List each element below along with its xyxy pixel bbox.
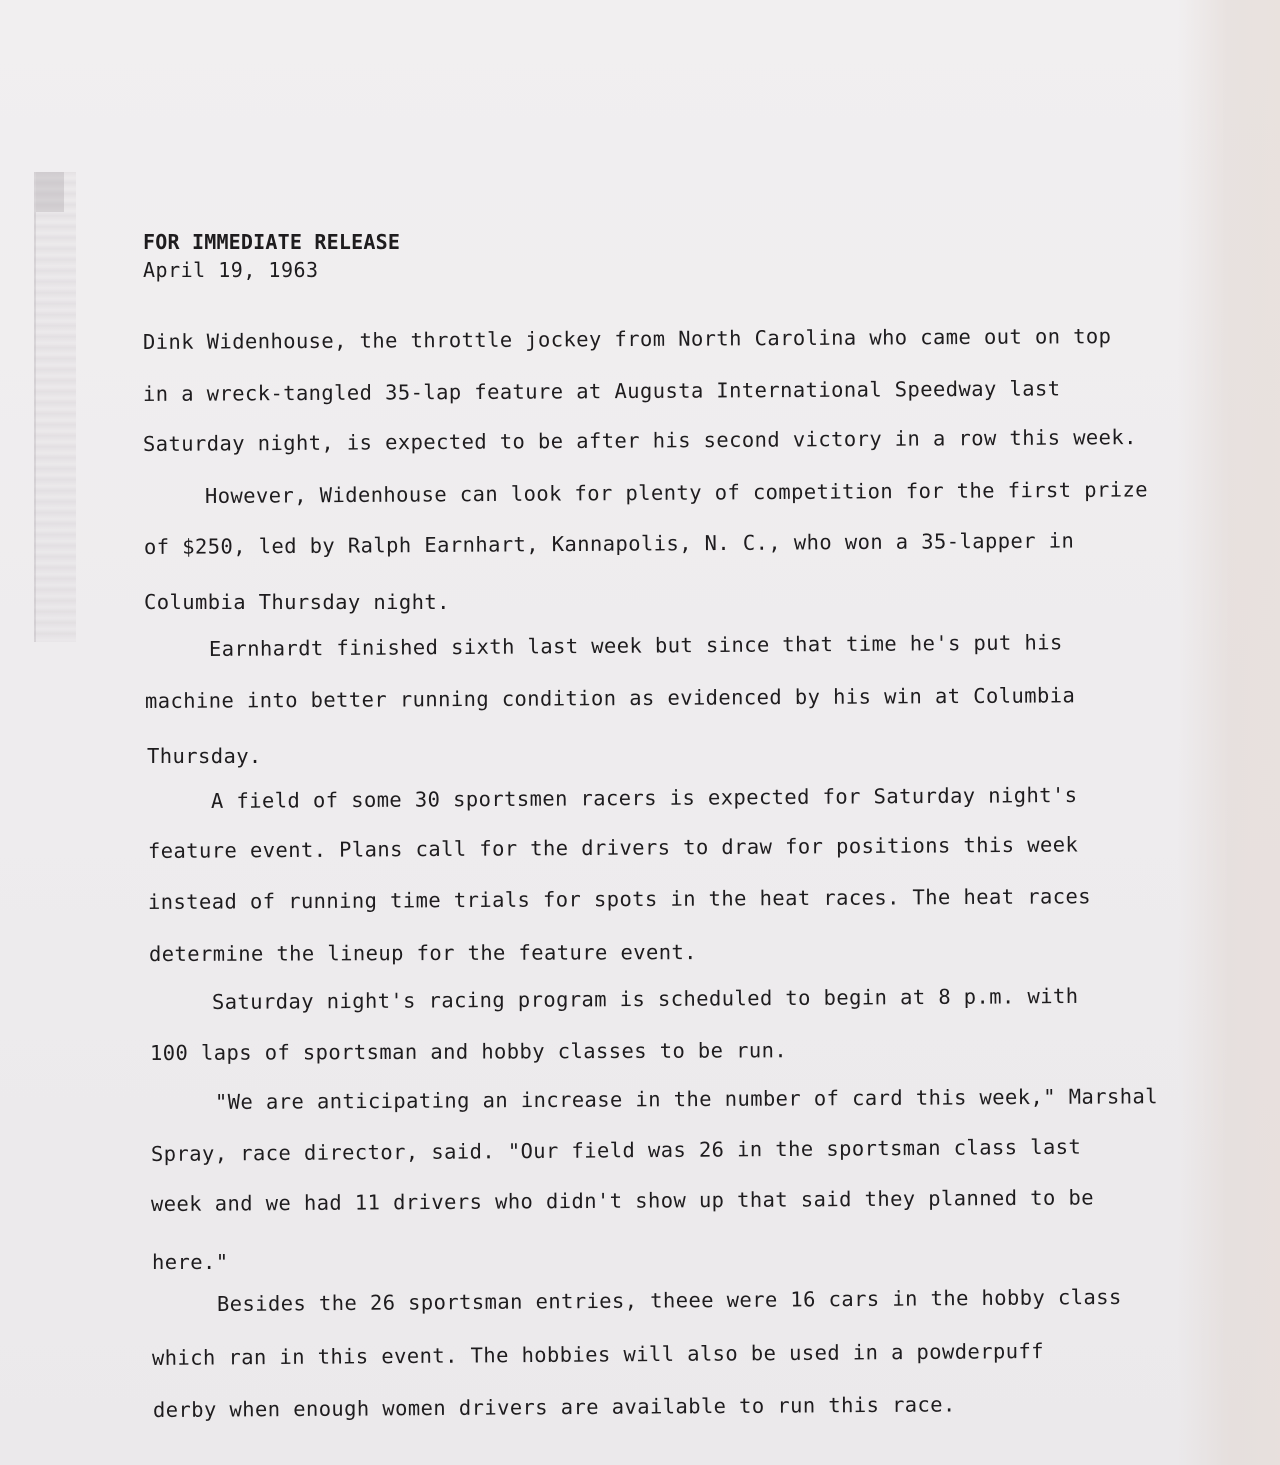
binding-stain — [34, 172, 76, 642]
release-date: April 19, 1963 — [143, 256, 400, 284]
press-release-header: FOR IMMEDIATE RELEASE April 19, 1963 — [143, 228, 400, 284]
release-label: FOR IMMEDIATE RELEASE — [143, 228, 400, 256]
body-text-line: 100 laps of sportsman and hobby classes … — [150, 1038, 787, 1065]
body-text-line: determine the lineup for the feature eve… — [149, 940, 697, 966]
body-text-line: Thursday. — [147, 744, 262, 768]
typewritten-page — [0, 0, 1280, 1465]
body-text-line: Columbia Thursday night. — [144, 590, 450, 614]
body-text-line: here." — [152, 1250, 228, 1274]
